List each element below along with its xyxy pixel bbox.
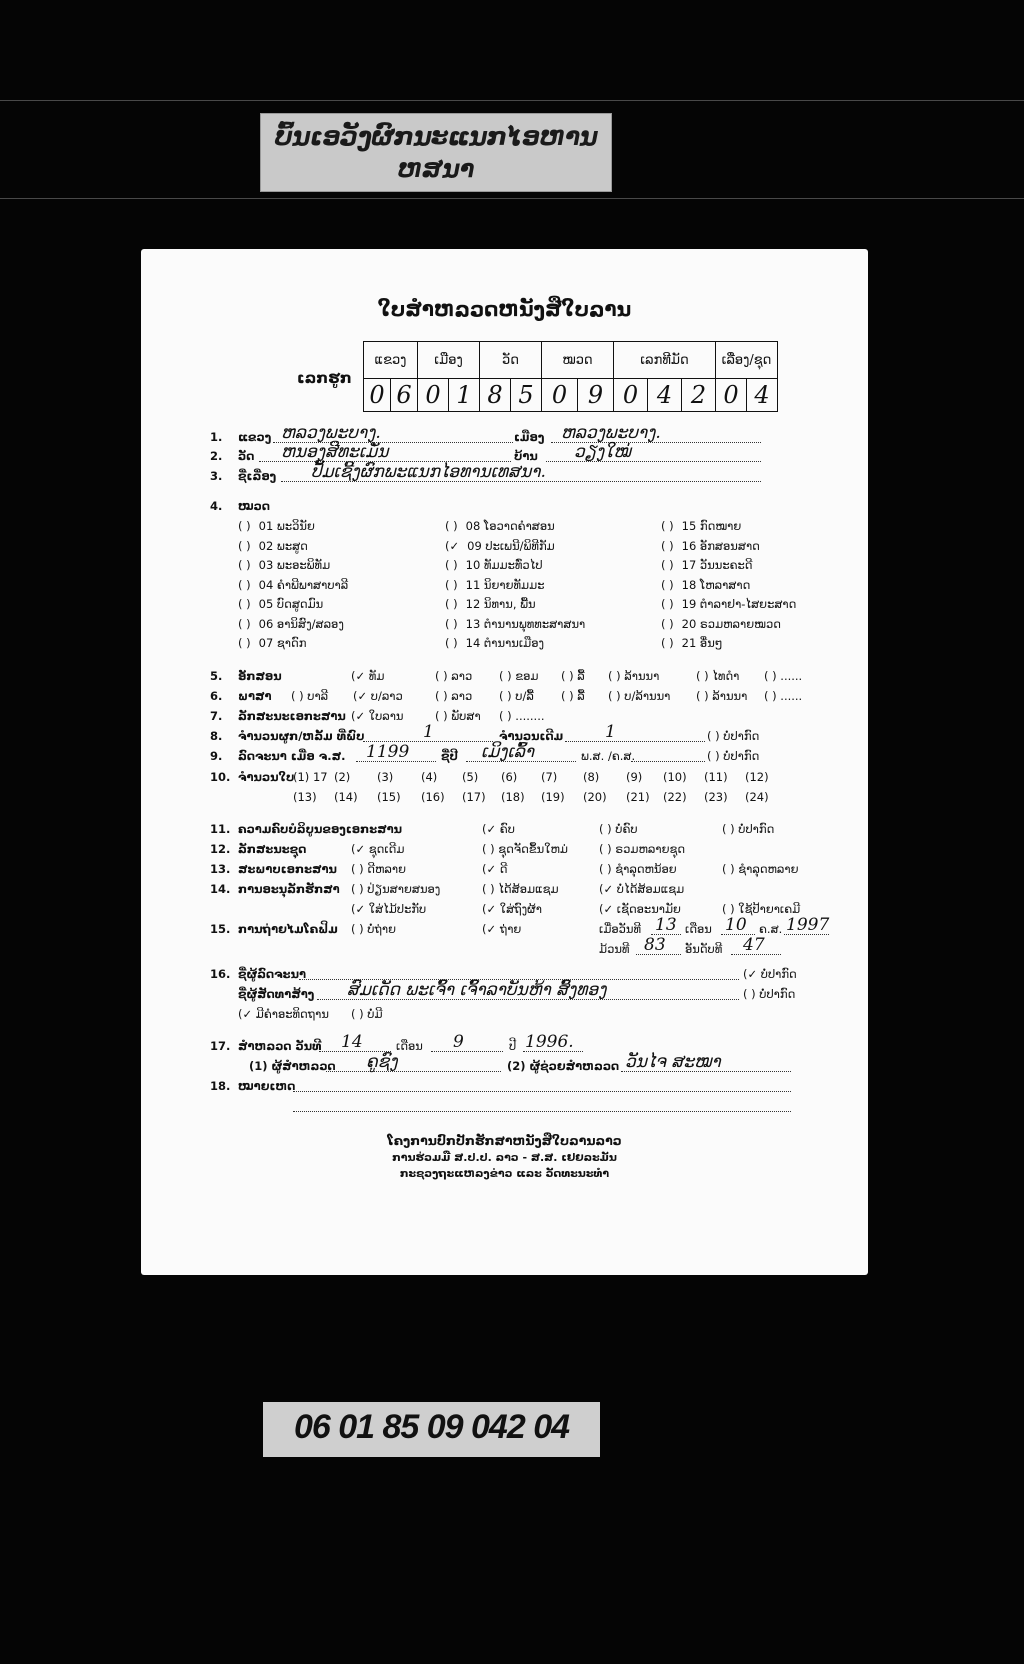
category-option-label: 16 ອັກສອນສາດ: [682, 539, 760, 553]
category-option[interactable]: ( )19 ຕຳລາຢາ-ໄສຍະສາດ: [661, 597, 796, 611]
category-option[interactable]: ( )06 ອານິສົງ/ສລອງ: [238, 617, 344, 631]
category-option-label: 09 ປະເພນີ/ພິທີກັມ: [467, 539, 555, 553]
leaf-count-cell[interactable]: (6): [501, 770, 517, 784]
code-header-temple: ວັດ: [480, 342, 542, 379]
checkbox-icon[interactable]: ( ): [238, 597, 251, 611]
script-option-khom[interactable]: ( ) ຂອມ: [499, 669, 539, 683]
category-option[interactable]: ( )21 ອື່ນໆ: [661, 636, 723, 650]
field-label: (2) ຜູ້ຊ່ວຍສຳຫລວດ: [507, 1059, 619, 1073]
code-header-district: ເມືອງ: [418, 342, 480, 379]
cs-year-input[interactable]: 1199: [356, 749, 436, 762]
code-digit: 0: [364, 379, 391, 412]
category-option-label: 12 ນິທານ, ພື້ນ: [466, 597, 536, 611]
bottom-label-code: 06 01 85 09 042 04: [294, 1408, 569, 1447]
year-name-input[interactable]: ເມິງເລົ້າ: [466, 749, 576, 762]
code-digit: 2: [682, 379, 716, 412]
category-option-label: 10 ທັມມະທົ່ວໄປ: [466, 558, 543, 572]
category-option-label: 15 ກົດໝາຍ: [682, 519, 742, 533]
category-option-label: 08 ໂອວາດຄຳສອນ: [466, 519, 555, 533]
code-digit: 8: [480, 379, 511, 412]
language-option-pali-lao[interactable]: (✓ ບ/ລາວ: [353, 689, 403, 703]
code-digit: 0: [542, 379, 578, 412]
scan-line: [0, 198, 1024, 199]
field-label: ການອະນຸລັກຮັກສາ: [238, 882, 340, 896]
leaf-count-cell[interactable]: (15): [377, 790, 401, 804]
category-option[interactable]: ( )10 ທັມມະທົ່ວໄປ: [445, 558, 543, 572]
remarks-input[interactable]: [293, 1079, 791, 1092]
field-label: ຊື່ເລື່ອງ: [238, 469, 276, 483]
prayer-option-yes[interactable]: (✓ ມີຄຳອະທິດຖານ: [238, 1007, 329, 1021]
field-label: ເມືອງ: [514, 430, 544, 444]
footer-line2: ການຮ່ວມມື ສ.ປ.ປ. ລາວ - ສ.ສ. ເຢຍລະມັນ: [141, 1151, 868, 1164]
leaf-count-cell[interactable]: (17): [462, 790, 486, 804]
field-label: ຈຳນວນເດີມ: [499, 729, 563, 743]
field-label: ຄ.ສ.: [759, 922, 782, 936]
leaf-count-cell[interactable]: (21): [626, 790, 650, 804]
author-unknown-checkbox[interactable]: (✓ ບໍ່ປາກົດ: [743, 967, 797, 981]
settype-option-original[interactable]: (✓ ຊຸດເດີມ: [351, 842, 404, 856]
category-option-label: 05 ບົດສູດມົນ: [259, 597, 324, 611]
field-label: ເດືອນ: [396, 1039, 423, 1053]
code-header-category: ໝວດ: [542, 342, 614, 379]
category-option[interactable]: ( )05 ບົດສູດມົນ: [238, 597, 323, 611]
prayer-option-no[interactable]: ( ) ບໍ່ມີ: [351, 1007, 383, 1021]
field-label: ພ.ສ. /ຄ.ສ.: [581, 749, 635, 763]
checkbox-icon[interactable]: ( ): [238, 636, 251, 650]
code-digit: 4: [747, 379, 778, 412]
checkbox-icon[interactable]: ( ): [445, 636, 458, 650]
category-option[interactable]: ( )14 ຕຳນານເມືອງ: [445, 636, 544, 650]
field-label: ສຳຫລວດ ວັນທີ: [238, 1039, 322, 1053]
leaf-count-cell[interactable]: (1) 17: [293, 770, 328, 784]
category-option[interactable]: ( )15 ກົດໝາຍ: [661, 519, 741, 533]
checkbox-icon[interactable]: ( ): [445, 578, 458, 592]
leaf-count-cell[interactable]: (16): [421, 790, 445, 804]
settype-option-combined[interactable]: ( ) ຣວມຫລາຍຊຸດ: [599, 842, 685, 856]
language-option-pali-lanna[interactable]: ( ) ບ/ລ້ານນາ: [608, 689, 670, 703]
code-header-bundle-number: ເລກທີມັດ: [614, 342, 716, 379]
film-order-input[interactable]: 47: [731, 942, 781, 955]
category-option[interactable]: ( )12 ນິທານ, ພື້ນ: [445, 597, 536, 611]
field-label: ເດືອນ: [685, 922, 712, 936]
category-option[interactable]: ( )03 ພະອະພິທັມ: [238, 558, 330, 572]
leaf-count-cell[interactable]: (24): [745, 790, 769, 804]
leaf-count-cell[interactable]: (22): [663, 790, 687, 804]
checkbox-icon[interactable]: ( ): [445, 597, 458, 611]
checkbox-icon[interactable]: ( ): [445, 519, 458, 533]
original-count-input[interactable]: 1: [565, 729, 705, 742]
code-digit: 6: [391, 379, 418, 412]
field-label: (1) ຜູ້ສຳຫລວດ: [249, 1059, 336, 1073]
microfilm-option-not-filmed[interactable]: ( ) ບໍ່ຖ່າຍ: [351, 922, 396, 936]
survey-form-page: ໃບສຳຫລວດຫນັງສືໃບລານ ເລກຮູກ ແຂວງ ເມືອງ ວັ…: [141, 249, 868, 1275]
preservation-option-not-repaired[interactable]: (✓ ບໍ່ໄດ້ສ້ອມແຊມ: [599, 882, 684, 896]
author-input[interactable]: [299, 967, 739, 980]
script-option-lanna[interactable]: ( ) ລ້ານນາ: [608, 669, 659, 683]
checkbox-icon[interactable]: ( ): [238, 519, 251, 533]
category-option[interactable]: ( )16 ອັກສອນສາດ: [661, 539, 760, 553]
field-label: ຄວາມຄົບບໍລິບູນຂອງເອກະສານ: [238, 822, 402, 836]
field-label: ຊື່ຜູ້ສັດທາສ້າງ: [238, 987, 314, 1001]
category-option-label: 13 ຕຳນານພຸທທະສາສນາ: [466, 617, 586, 631]
settype-option-new[interactable]: ( ) ຊຸດຈັດຂຶ້ນໃຫມ່: [482, 842, 568, 856]
code-digit: 0: [716, 379, 747, 412]
script-option-lue[interactable]: ( ) ລື້: [561, 669, 585, 683]
doctype-option-other[interactable]: ( ) ........: [499, 709, 545, 723]
checkbox-icon[interactable]: ( ): [661, 578, 674, 592]
category-option[interactable]: ( )13 ຕຳນານພຸທທະສາສນາ: [445, 617, 585, 631]
field-label: ອັກສອນ: [238, 669, 282, 683]
leaf-count-cell[interactable]: (23): [704, 790, 728, 804]
code-label: ເລກຮູກ: [297, 369, 352, 387]
code-digit: 0: [418, 379, 449, 412]
checkbox-icon[interactable]: ( ): [238, 578, 251, 592]
field-label: ໝວດ: [238, 499, 270, 513]
code-digit: 0: [614, 379, 648, 412]
field-label: ລົດຈະນາ ເມື່ອ ຈ.ສ.: [238, 749, 346, 763]
leaf-count-cell[interactable]: (7): [541, 770, 557, 784]
film-roll-input[interactable]: 83: [636, 942, 681, 955]
field-label: ບ້ານ: [514, 449, 538, 463]
leaf-count-cell[interactable]: (20): [583, 790, 607, 804]
date-unknown-checkbox[interactable]: ( ) ບໍ່ປາກົດ: [707, 749, 759, 763]
surveyor-input[interactable]: ຄູຊົງ: [326, 1059, 501, 1072]
category-option-label: 21 ອື່ນໆ: [682, 636, 723, 650]
category-option[interactable]: ( )04 ຄຳພີພາສາບາລີ: [238, 578, 348, 592]
category-option-label: 18 ໂຫລາສາດ: [682, 578, 751, 592]
leaf-count-cell[interactable]: (14): [334, 790, 358, 804]
completeness-option-complete[interactable]: (✓ ຄົບ: [482, 822, 515, 836]
field-label: ອັນດັບທີ: [685, 942, 722, 956]
preservation-option-cleaned[interactable]: (✓ ເຊັດອະນາມັຍ: [599, 902, 681, 916]
field-label: ຊື່ປີ: [441, 749, 458, 763]
category-option-label: 06 ອານິສົງ/ສລອງ: [259, 617, 344, 631]
footer-line3: ກະຊວງຖະແຫລງຂ່າວ ແລະ ວັດທະນະທຳ: [141, 1167, 868, 1180]
field-label: ລັກສະນະເອກະສານ: [238, 709, 346, 723]
form-title: ໃບສຳຫລວດຫນັງສືໃບລານ: [141, 297, 868, 321]
leaf-count-cell[interactable]: (8): [583, 770, 599, 784]
field-label: ການຖ່າຍໄມໂຄຟິມ: [238, 922, 338, 936]
condition-option-slightly-damaged[interactable]: ( ) ຊຳລຸດຫນ້ອຍ: [599, 862, 677, 876]
leaf-count-cell[interactable]: (11): [704, 770, 728, 784]
assistant-input[interactable]: ວັນໄຈ ສະໝາ: [621, 1059, 791, 1072]
header-label-card: ບົ້ນເອວັງຜົກນະແນກໄອຫານ ຫສນາ: [260, 113, 612, 192]
leaf-count-cell[interactable]: (18): [501, 790, 525, 804]
film-month-input[interactable]: 10: [721, 922, 755, 935]
header-label-line1: ບົ້ນເອວັງຜົກນະແນກໄອຫານ: [261, 122, 611, 151]
leaf-count-cell[interactable]: (9): [626, 770, 642, 784]
village-input[interactable]: ວຽງໃໝ່: [546, 449, 761, 462]
survey-day-input[interactable]: 14: [319, 1039, 391, 1052]
code-digit: 4: [648, 379, 682, 412]
leaf-count-cell[interactable]: (13): [293, 790, 317, 804]
script-option-lao[interactable]: ( ) ລາວ: [435, 669, 472, 683]
completeness-option-unknown[interactable]: ( ) ບໍ່ປາກົດ: [722, 822, 774, 836]
condition-option-good[interactable]: (✓ ດີ: [482, 862, 507, 876]
category-option-label: 07 ຊາດົກ: [259, 636, 307, 650]
checkbox-icon[interactable]: ( ): [661, 539, 674, 553]
scan-line: [0, 100, 1024, 101]
survey-month-input[interactable]: 9: [431, 1039, 503, 1052]
bottom-label-card: 06 01 85 09 042 04: [263, 1402, 600, 1457]
checkbox-icon[interactable]: ( ): [661, 519, 674, 533]
category-option-label: 01 ພະວິນັຍ: [259, 519, 315, 533]
category-option-label: 17 ວັນນະຄະດີ: [682, 558, 753, 572]
condition-option-very-good[interactable]: ( ) ດີຫລາຍ: [351, 862, 406, 876]
leaf-count-cell[interactable]: (19): [541, 790, 565, 804]
preservation-option-cloth-bag[interactable]: (✓ ໃສ່ຖົງຜ້າ: [482, 902, 542, 916]
field-label: ເມື່ອວັນທີ: [599, 922, 641, 936]
code-header-province: ແຂວງ: [364, 342, 418, 379]
survey-year-input[interactable]: 1996.: [523, 1039, 583, 1052]
checkbox-icon[interactable]: ( ): [238, 539, 251, 553]
sponsor-unknown-checkbox[interactable]: ( ) ບໍ່ປາກົດ: [743, 987, 795, 1001]
code-digit: 9: [578, 379, 614, 412]
condition-option-heavily-damaged[interactable]: ( ) ຊຳລຸດຫລາຍ: [722, 862, 799, 876]
category-option[interactable]: ( )02 ພະສູດ: [238, 539, 308, 553]
leaf-count-cell[interactable]: (3): [377, 770, 393, 784]
checkbox-icon[interactable]: ( ): [661, 558, 674, 572]
checkbox-icon[interactable]: ( ): [238, 558, 251, 572]
checkbox-icon[interactable]: ( ): [238, 617, 251, 631]
code-header-title-set: ເລື່ອງ/ຊຸດ: [716, 342, 778, 379]
category-option[interactable]: ( )18 ໂຫລາສາດ: [661, 578, 750, 592]
leaf-count-cell[interactable]: (5): [462, 770, 478, 784]
category-option[interactable]: ( )17 ວັນນະຄະດີ: [661, 558, 753, 572]
code-digit: 1: [449, 379, 480, 412]
language-option-other[interactable]: ( ) ......: [764, 689, 802, 703]
category-option-label: 19 ຕຳລາຢາ-ໄສຍະສາດ: [682, 597, 797, 611]
film-day-input[interactable]: 13: [651, 922, 681, 935]
category-option-label: 03 ພະອະພິທັມ: [259, 558, 331, 572]
field-label: ພາສາ: [238, 689, 272, 703]
script-option-taidam[interactable]: ( ) ໄທດຳ: [696, 669, 739, 683]
found-count-input[interactable]: 1: [363, 729, 493, 742]
field-label: ປີ: [509, 1039, 516, 1053]
category-option[interactable]: ( )20 ຣວມຫລາຍໝວດ: [661, 617, 781, 631]
be-ce-year-input[interactable]: [631, 749, 705, 762]
script-option-tham[interactable]: (✓ ທັມ: [351, 669, 384, 683]
script-option-other[interactable]: ( ) ......: [764, 669, 802, 683]
preservation-option-chemicals[interactable]: ( ) ໃຊ້ປ້າຍາເຄມີ: [722, 902, 800, 916]
preservation-option-restrung[interactable]: ( ) ປ່ຽນສາຍສນອງ: [351, 882, 440, 896]
temple-input[interactable]: ຫນອງສີທະເມັ່ນ: [259, 449, 511, 462]
leaf-count-cell[interactable]: (2): [334, 770, 350, 784]
checkbox-icon[interactable]: (✓: [445, 539, 459, 553]
checkbox-icon[interactable]: ( ): [661, 617, 674, 631]
field-label: ມ້ວນທີ: [599, 942, 629, 956]
language-option-lue[interactable]: ( ) ລື້: [561, 689, 585, 703]
category-option-label: 11 ນິຍາຍທັມມະ: [466, 578, 545, 592]
film-year-input[interactable]: 1997: [784, 922, 829, 935]
language-option-lanna[interactable]: ( ) ລ້ານນາ: [696, 689, 747, 703]
field-label: ວັດ: [238, 449, 254, 463]
field-label: ຈຳນວນໃບ: [238, 770, 294, 784]
field-label: ຊື່ຜູ້ລົດຈະນາ: [238, 967, 306, 981]
field-label: ລັກສະນະຊຸດ: [238, 842, 306, 856]
doctype-option-mulberry-paper[interactable]: ( ) ພັບສາ: [435, 709, 481, 723]
category-option-label: 02 ພະສູດ: [259, 539, 308, 553]
title-input[interactable]: ປັ້ມເຊີ້ງຜົກພະແນກໄອທານເທສນາ.: [281, 469, 761, 482]
category-option[interactable]: (✓09 ປະເພນີ/ພິທີກັມ: [445, 539, 555, 553]
checkbox-icon[interactable]: ( ): [445, 558, 458, 572]
category-option[interactable]: ( )01 ພະວິນັຍ: [238, 519, 315, 533]
field-label: ແຂວງ: [238, 430, 271, 444]
completeness-option-incomplete[interactable]: ( ) ບໍ່ຄົບ: [599, 822, 638, 836]
checkbox-icon[interactable]: ( ): [661, 597, 674, 611]
category-option[interactable]: ( )11 ນິຍາຍທັມມະ: [445, 578, 544, 592]
field-label: ຈຳນວນຜູກ/ຫລັ້ມ ທີ່ພົບ: [238, 729, 364, 743]
preservation-option-repaired[interactable]: ( ) ໄດ້ສ້ອມແຊມ: [482, 882, 559, 896]
checkbox-icon[interactable]: ( ): [661, 636, 674, 650]
leaf-count-cell[interactable]: (10): [663, 770, 687, 784]
code-table: ແຂວງ ເມືອງ ວັດ ໝວດ ເລກທີມັດ ເລື່ອງ/ຊຸດ 0…: [363, 341, 778, 412]
header-label-line2: ຫສນາ: [261, 155, 611, 183]
microfilm-option-filmed[interactable]: (✓ ຖ່າຍ: [482, 922, 521, 936]
count-unknown-checkbox[interactable]: ( ) ບໍ່ປາກົດ: [707, 729, 759, 743]
category-option[interactable]: ( )08 ໂອວາດຄຳສອນ: [445, 519, 555, 533]
leaf-count-cell[interactable]: (12): [745, 770, 769, 784]
remarks-input-line2[interactable]: [293, 1099, 791, 1112]
checkbox-icon[interactable]: ( ): [445, 617, 458, 631]
code-digit: 5: [511, 379, 542, 412]
category-option[interactable]: ( )07 ຊາດົກ: [238, 636, 306, 650]
preservation-option-wooden-covers[interactable]: (✓ ໃສ່ໄມ້ປະກັບ: [351, 902, 426, 916]
field-label: ສະພາບເອກະສານ: [238, 862, 337, 876]
language-option-pali[interactable]: ( ) ບາລີ: [291, 689, 328, 703]
footer-line1: ໂຄງການປົກປັກຮັກສາຫນັງສືໃບລານລາວ: [141, 1133, 868, 1148]
field-label: ໝາຍເຫດ: [238, 1079, 295, 1093]
category-option-label: 20 ຣວມຫລາຍໝວດ: [682, 617, 781, 631]
doctype-option-palm-leaf[interactable]: (✓ ໃບລານ: [351, 709, 404, 723]
category-option-label: 14 ຕຳນານເມືອງ: [466, 636, 544, 650]
sponsor-input[interactable]: ສົມເດັດ ພະເຈົ້າ ເຈົ້າລາບັນຫ້າ ສົ້ງທອງ: [317, 987, 739, 1000]
language-option-pali-lue[interactable]: ( ) ບ/ລື້: [499, 689, 534, 703]
leaf-count-cell[interactable]: (4): [421, 770, 437, 784]
category-option-label: 04 ຄຳພີພາສາບາລີ: [259, 578, 349, 592]
language-option-lao[interactable]: ( ) ລາວ: [435, 689, 472, 703]
